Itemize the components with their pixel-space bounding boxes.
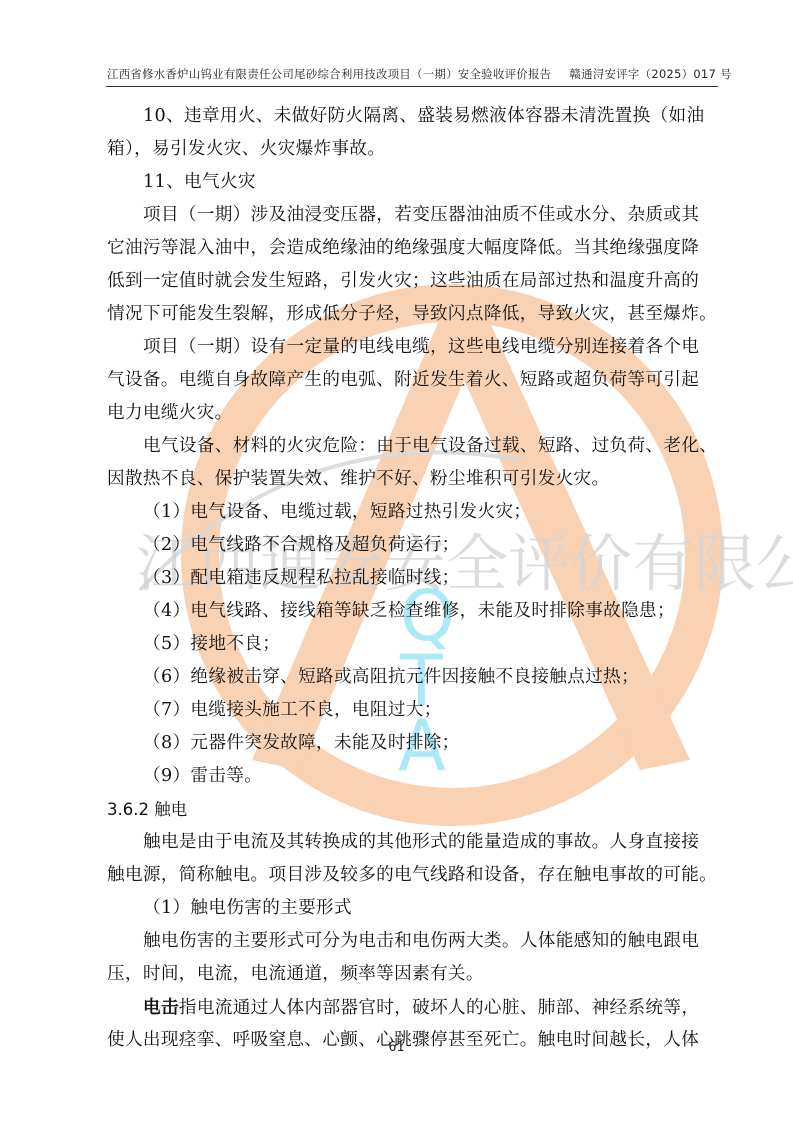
paragraph-line: 触电是由于电流及其转换成的其他形式的能量造成的事故。人身直接接 [107, 826, 719, 859]
list-item: （8）元器件突发故障，未能及时排除； [107, 727, 719, 760]
paragraph-line: 电击指电流通过人体内部器官时，破坏人的心脏、肺部、神经系统等， [107, 991, 719, 1024]
list-item: （6）绝缘被击穿、短路或高阻抗元件因接触不良接触点过热； [107, 661, 719, 694]
section-heading: 3.6.2 触电 [107, 793, 719, 826]
subsection-title: 11、电气火灾 [107, 166, 719, 199]
paragraph-line: 因散热不良、保护装置失效、维护不好、粉尘堆积可引发火灾。 [107, 463, 719, 496]
paragraph-line: 项目（一期）设有一定量的电线电缆，这些电线电缆分别连接着各个电 [107, 331, 719, 364]
paragraph-line: 气设备。电缆自身故障产生的电弧、附近发生着火、短路或超负荷等可引起 [107, 364, 719, 397]
paragraph-line: 情况下可能发生裂解，形成低分子烃，导致闪点降低，导致火灾，甚至爆炸。 [107, 298, 719, 331]
paragraph-line: 电力电缆火灾。 [107, 397, 719, 430]
paragraph-line: 触电伤害的主要形式可分为电击和电伤两大类。人体能感知的触电跟电 [107, 925, 719, 958]
term-definition: 指电流通过人体内部器官时，破坏人的心脏、肺部、神经系统等， [179, 998, 699, 1018]
subsection-title: （1）触电伤害的主要形式 [107, 892, 719, 925]
paragraph-line: 低到一定值时就会发生短路，引发火灾；这些油质在局部过热和温度升高的 [107, 265, 719, 298]
paragraph-line: 它油污等混入油中，会造成绝缘油的绝缘强度大幅度降低。当其绝缘强度降 [107, 232, 719, 265]
list-item: （3）配电箱违反规程私拉乱接临时线； [107, 562, 719, 595]
header-rule [106, 86, 718, 87]
page-number: 61 [0, 1040, 793, 1055]
list-item: （1）电气设备、电缆过载，短路过热引发火灾； [107, 496, 719, 529]
list-item: （5）接地不良； [107, 628, 719, 661]
list-item: （9）雷击等。 [107, 760, 719, 793]
document-body: 10、违章用火、未做好防火隔离、盛装易燃液体容器未清洗置换（如油 箱），易引发火… [107, 100, 719, 1057]
paragraph-line: 10、违章用火、未做好防火隔离、盛装易燃液体容器未清洗置换（如油 [107, 100, 719, 133]
paragraph-line: 电气设备、材料的火灾危险：由于电气设备过载、短路、过负荷、老化、 [107, 430, 719, 463]
list-item: （7）电缆接头施工不良，电阻过大； [107, 694, 719, 727]
header-title: 江西省修水香炉山钨业有限责任公司尾砂综合利用技改项目（一期）安全验收评价报告 [107, 68, 552, 81]
paragraph-line: 项目（一期）涉及油浸变压器，若变压器油油质不佳或水分、杂质或其 [107, 199, 719, 232]
page-header: 江西省修水香炉山钨业有限责任公司尾砂综合利用技改项目（一期）安全验收评价报告 赣… [107, 66, 717, 84]
list-item: （2）电气线路不合规格及超负荷运行； [107, 529, 719, 562]
paragraph-line: 箱），易引发火灾、火灾爆炸事故。 [107, 133, 719, 166]
paragraph-line: 压，时间，电流，电流通道，频率等因素有关。 [107, 958, 719, 991]
header-doc-number: 赣通浔安评字（2025）017 号 [570, 68, 732, 81]
list-item: （4）电气线路、接线箱等缺乏检查维修，未能及时排除事故隐患； [107, 595, 719, 628]
term-electric-shock: 电击 [143, 997, 179, 1018]
paragraph-line: 触电源，简称触电。项目涉及较多的电气线路和设备，存在触电事故的可能。 [107, 859, 719, 892]
